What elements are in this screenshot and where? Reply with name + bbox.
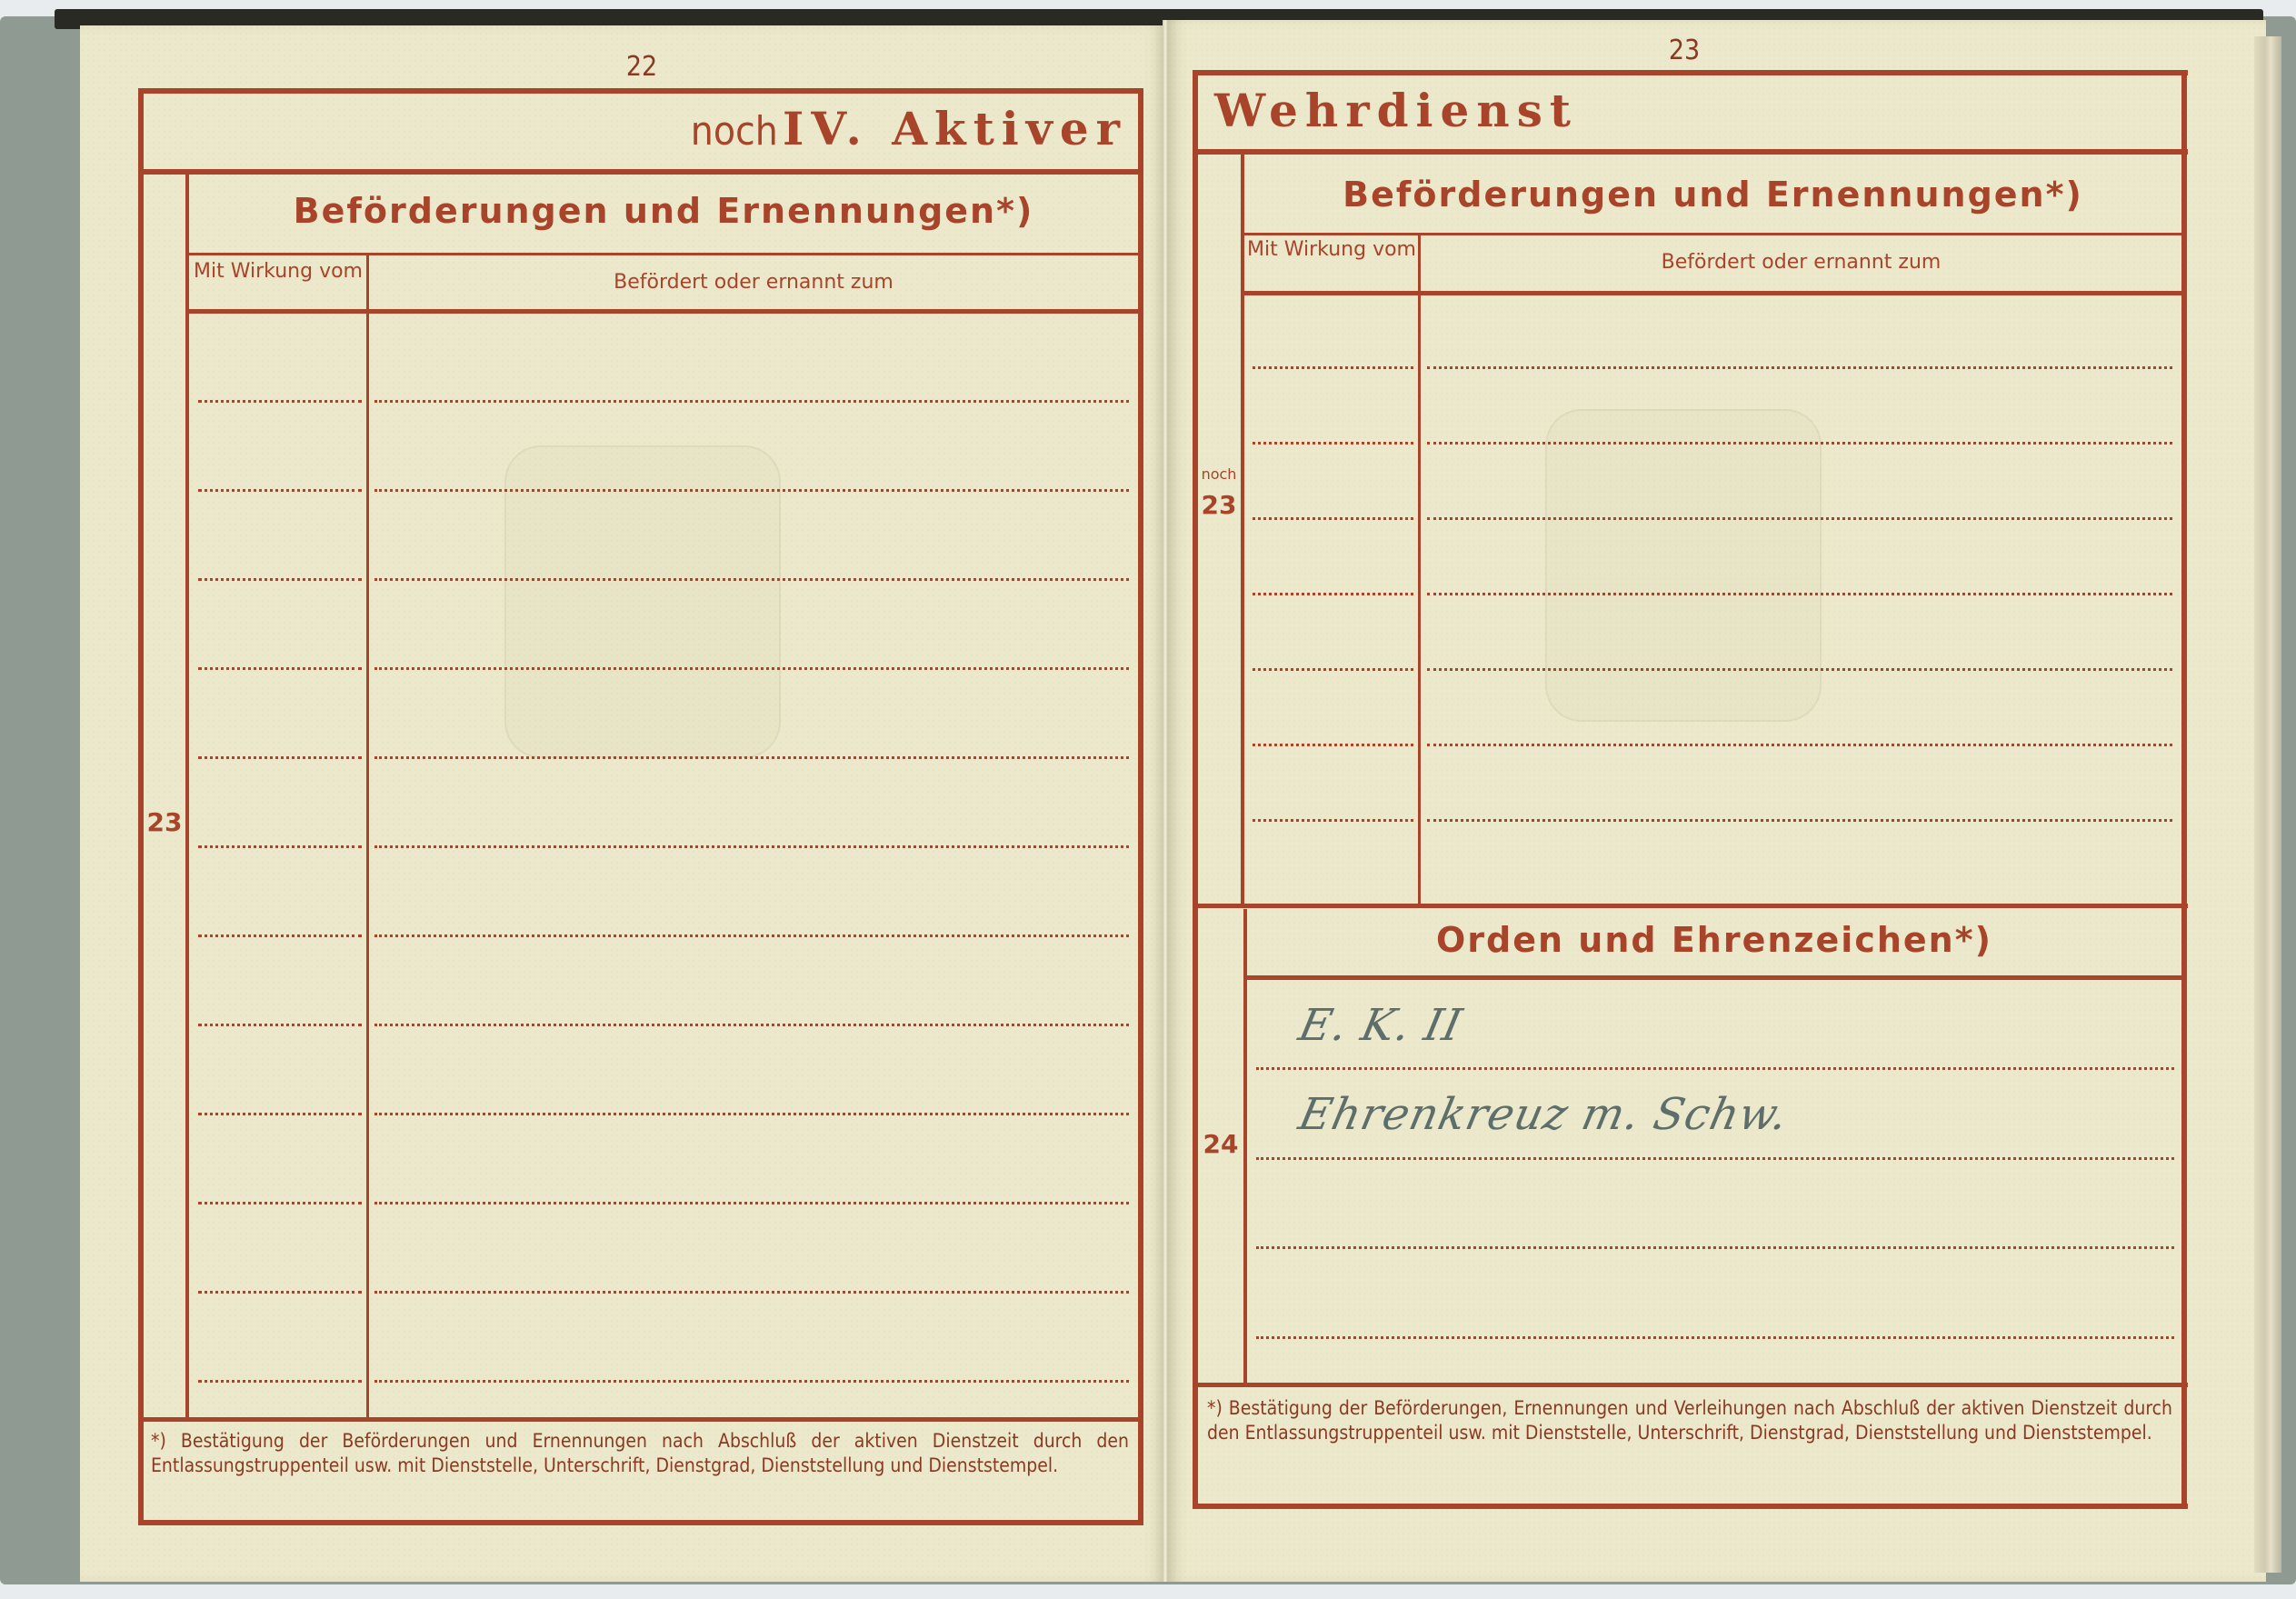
section-divider <box>1193 904 2188 908</box>
rank-entry-line[interactable] <box>374 845 1129 848</box>
rank-entry-line[interactable] <box>1427 593 2172 595</box>
rank-entry-line[interactable] <box>374 756 1129 759</box>
date-entry-line[interactable] <box>1253 744 1413 746</box>
section-title-promotions: Beförderungen und Ernennungen*) <box>1244 175 2181 215</box>
frame-right <box>2181 70 2187 1509</box>
rank-entry-line[interactable] <box>374 934 1129 937</box>
rank-entry-line[interactable] <box>374 578 1129 581</box>
rank-entry-line[interactable] <box>1427 668 2172 671</box>
footer-divider <box>1193 1383 2188 1387</box>
section-title-decorations: Orden und Ehrenzeichen*) <box>1247 920 2181 960</box>
eagle-watermark-icon <box>504 445 781 758</box>
date-entry-line[interactable] <box>1253 366 1413 369</box>
date-entry-line[interactable] <box>198 400 362 403</box>
rank-entry-line[interactable] <box>374 489 1129 492</box>
date-entry-line[interactable] <box>1253 819 1413 822</box>
decoration-entry-2: Ehrenkreuz m. Schw. <box>1294 1089 1792 1140</box>
date-entry-line[interactable] <box>198 489 362 492</box>
rank-entry-line[interactable] <box>1427 366 2172 369</box>
table-header-bottom <box>1244 291 2181 295</box>
left-header-title: noch IV. Aktiver <box>636 102 1127 165</box>
eagle-watermark-icon <box>1545 409 1822 722</box>
date-entry-line[interactable] <box>198 1202 362 1204</box>
header-divider <box>1193 149 2188 155</box>
page-stack-edge <box>2254 36 2281 1573</box>
column-header-promoted-to: Befördert oder ernannt zum <box>369 271 1138 295</box>
rank-entry-line[interactable] <box>374 1202 1129 1204</box>
header-divider <box>138 169 1143 175</box>
rank-entry-line[interactable] <box>1256 1246 2174 1249</box>
rank-entry-line[interactable] <box>1256 1067 2174 1070</box>
rank-entry-line[interactable] <box>374 400 1129 403</box>
rank-entry-line[interactable] <box>1256 1157 2174 1160</box>
rank-entry-line[interactable] <box>374 1113 1129 1115</box>
row-label-23: 23 <box>144 807 185 837</box>
rank-entry-line[interactable] <box>1427 517 2172 520</box>
date-entry-line[interactable] <box>1253 593 1413 595</box>
frame-bottom <box>138 1520 1143 1525</box>
section-heading: IV. Aktiver <box>783 102 1127 155</box>
frame-bottom <box>1193 1504 2188 1509</box>
table-header-top <box>189 253 1138 255</box>
left-page <box>80 25 1166 1582</box>
section-heading: Wehrdienst <box>1214 84 1578 137</box>
book-spine-crease <box>1163 20 1168 1582</box>
noch-prefix: noch <box>691 108 778 155</box>
decorations-header-line <box>1247 975 2181 980</box>
date-entry-line[interactable] <box>198 1113 362 1115</box>
rank-entry-line[interactable] <box>1427 442 2172 445</box>
table-header-bottom <box>189 309 1138 314</box>
date-entry-line[interactable] <box>198 1380 362 1383</box>
decoration-entry-1: E. K. II <box>1294 1000 1467 1051</box>
rank-entry-line[interactable] <box>1427 744 2172 746</box>
frame-left <box>1193 70 1198 1509</box>
rank-entry-line[interactable] <box>1256 1336 2174 1339</box>
page-number-right: 23 <box>1648 35 1721 66</box>
right-header-title: Wehrdienst <box>1214 84 1760 144</box>
rank-entry-line[interactable] <box>374 1291 1129 1294</box>
number-column-border <box>1243 909 1247 1384</box>
date-entry-line[interactable] <box>198 845 362 848</box>
column-divider <box>1418 235 1421 904</box>
date-entry-line[interactable] <box>198 1024 362 1026</box>
row-label-24: 24 <box>1198 1129 1243 1159</box>
section-title-promotions: Beförderungen und Ernennungen*) <box>189 191 1138 231</box>
date-entry-line[interactable] <box>1253 668 1413 671</box>
number-column-border <box>185 175 189 1420</box>
number-column-border <box>1241 155 1244 904</box>
page-number-left: 22 <box>605 51 678 83</box>
footer-divider <box>138 1417 1143 1422</box>
table-header-top <box>1244 233 2181 235</box>
column-divider <box>366 255 369 1420</box>
column-header-promoted-to: Befördert oder ernannt zum <box>1421 251 2181 275</box>
rank-entry-line[interactable] <box>374 1024 1129 1026</box>
frame-top <box>1193 70 2188 75</box>
frame-right <box>1138 88 1143 1525</box>
row-label-noch-23: noch 23 <box>1198 465 1240 515</box>
footnote-right: *) Bestätigung der Beförderungen, Ernenn… <box>1207 1396 2172 1445</box>
date-entry-line[interactable] <box>198 578 362 581</box>
date-entry-line[interactable] <box>1253 517 1413 520</box>
column-header-effective-date: Mit Wirkung vom <box>189 260 367 284</box>
date-entry-line[interactable] <box>198 1291 362 1294</box>
footnote-left: *) Bestätigung der Beförderungen und Ern… <box>151 1429 1129 1478</box>
date-entry-line[interactable] <box>1253 442 1413 445</box>
rank-entry-line[interactable] <box>374 1380 1129 1383</box>
date-entry-line[interactable] <box>198 934 362 937</box>
rank-entry-line[interactable] <box>374 667 1129 670</box>
rank-entry-line[interactable] <box>1427 819 2172 822</box>
column-header-effective-date: Mit Wirkung vom <box>1244 238 1419 262</box>
date-entry-line[interactable] <box>198 667 362 670</box>
frame-top <box>138 88 1143 94</box>
date-entry-line[interactable] <box>198 756 362 759</box>
